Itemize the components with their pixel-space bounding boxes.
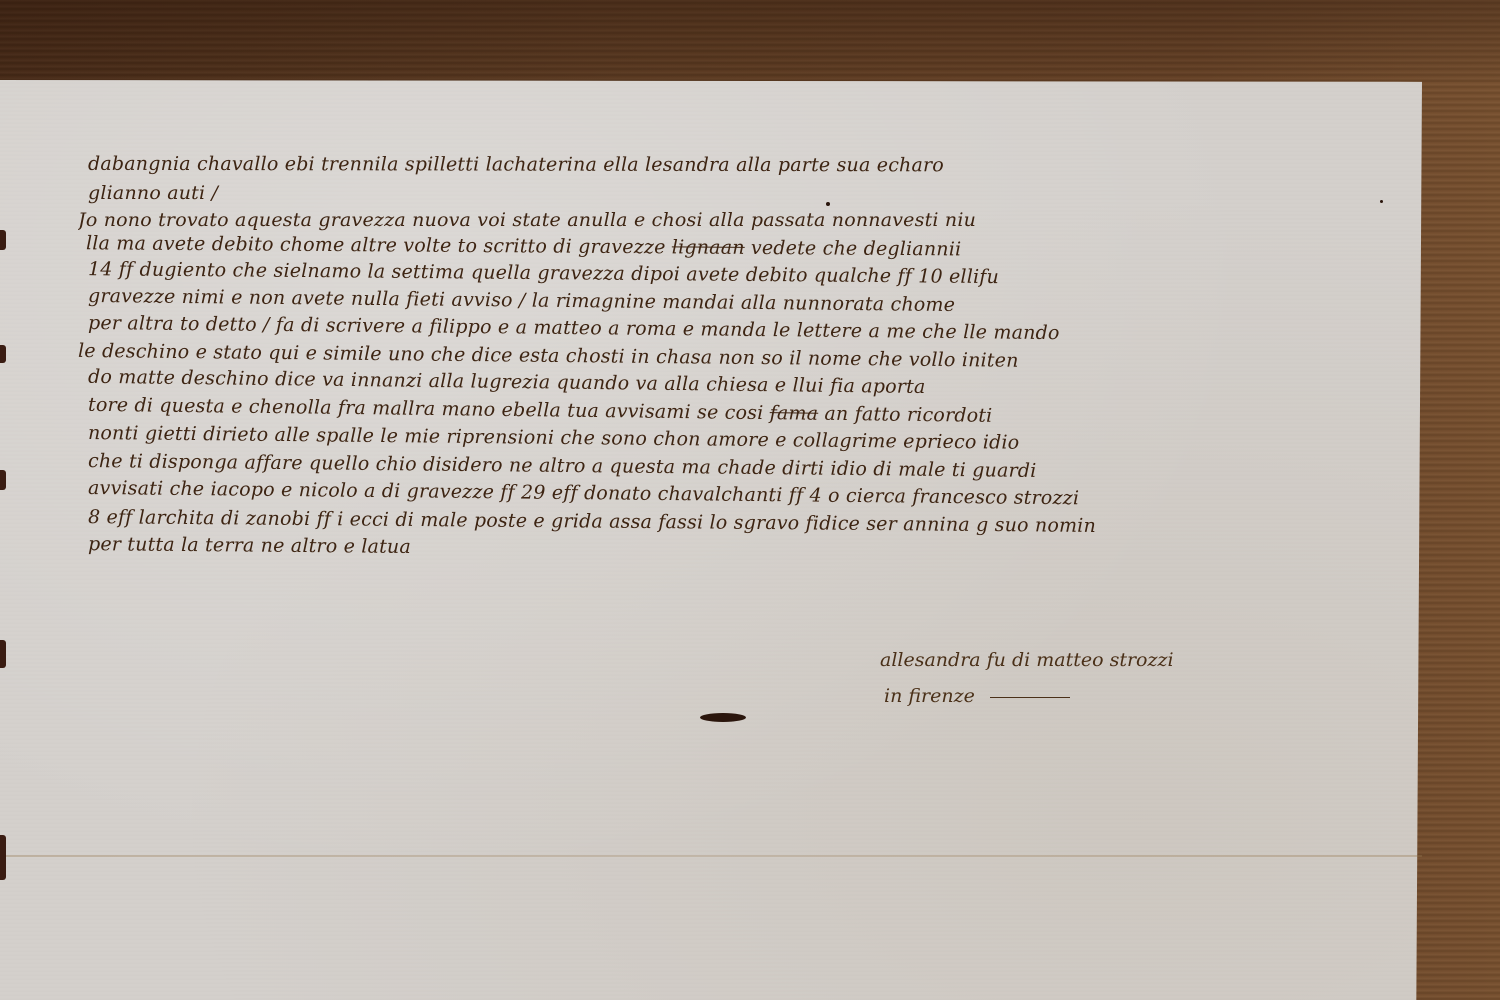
- wooden-table-background: [0, 0, 1500, 82]
- paper-fold-line: [0, 855, 1422, 857]
- binding-mark: [0, 640, 6, 668]
- binding-mark: [0, 230, 6, 250]
- letter-line: dabangnia chavallo ebi trennila spillett…: [88, 151, 1433, 181]
- binding-mark: [0, 835, 6, 880]
- line-text: lla ma avete debito chome altre volte to…: [86, 232, 666, 258]
- struck-word: fama: [770, 402, 819, 425]
- struck-word: lignaan: [672, 236, 745, 259]
- line-text: an fatto ricordoti: [824, 402, 992, 426]
- binding-mark: [0, 470, 6, 490]
- signature-place: in firenze: [880, 678, 1174, 714]
- line-text: vedete che degliannii: [751, 236, 961, 259]
- binding-mark: [0, 345, 6, 363]
- ink-blot: [700, 713, 746, 722]
- letter-body: dabangnia chavallo ebi trennila spillett…: [88, 152, 1433, 565]
- letter-line: glianno auti /: [88, 180, 1433, 208]
- signature-block: allesandra fu di matteo strozzi in firen…: [880, 642, 1174, 714]
- letter-line: Jo nono trovato aquesta gravezza nuova v…: [78, 207, 1433, 235]
- line-text: tore di questa e chenolla fra mallra man…: [88, 393, 764, 423]
- signature-name: allesandra fu di matteo strozzi: [880, 642, 1174, 678]
